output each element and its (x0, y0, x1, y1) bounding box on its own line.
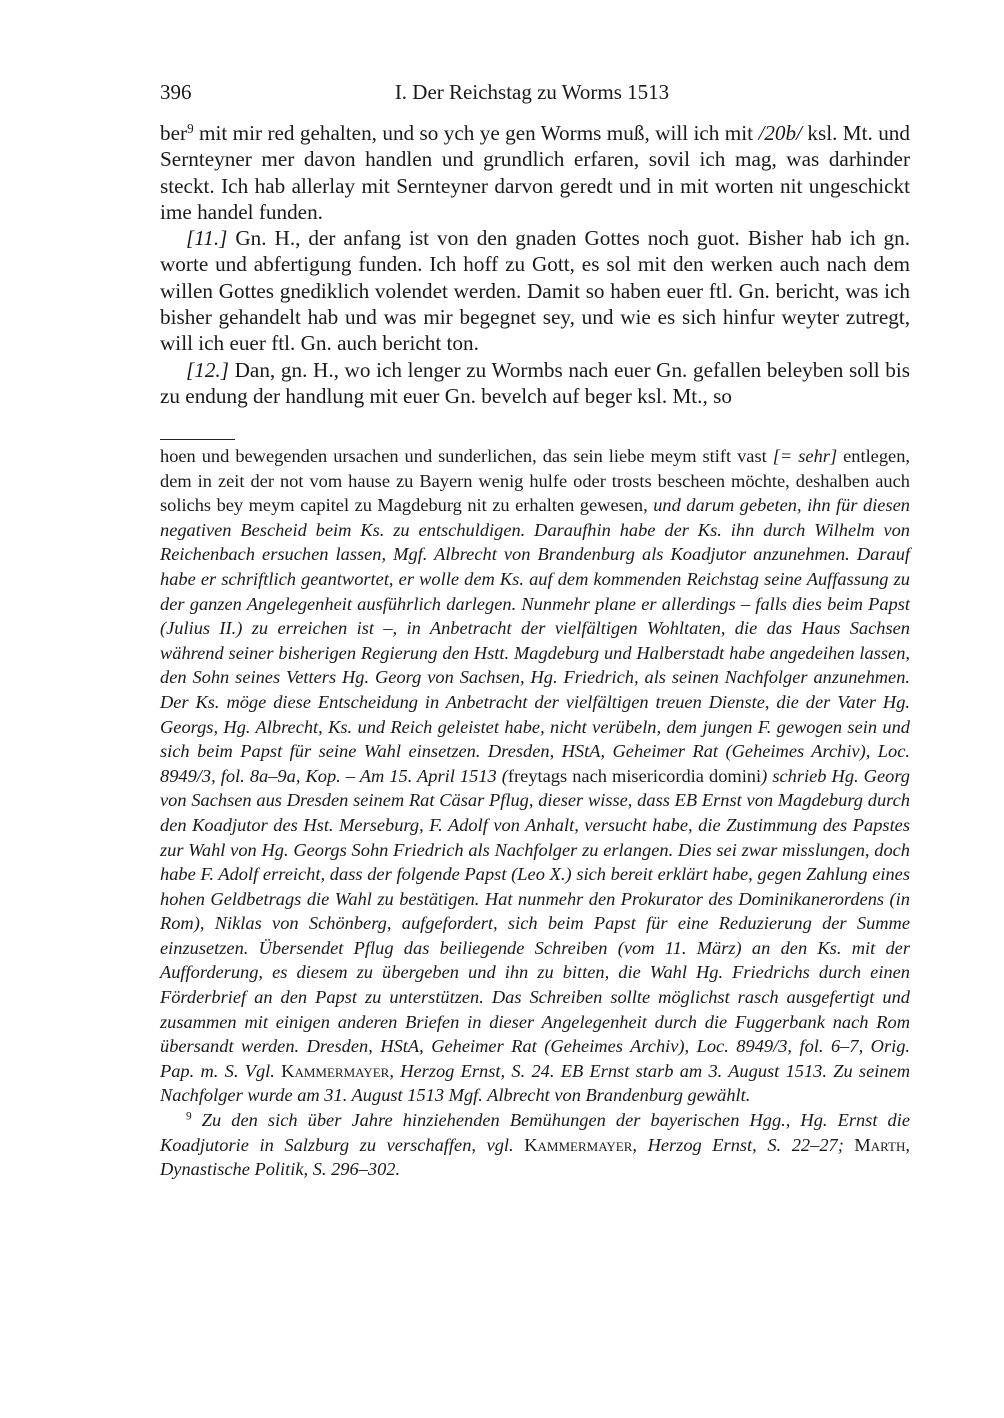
paragraph-10-continued: ber9 mit mir red gehalten, und so ych ye… (160, 120, 910, 225)
text: hoen und bewegenden ursachen und sunderl… (160, 446, 773, 466)
text: ber (160, 121, 187, 145)
author-name: Kammermayer (281, 1061, 389, 1081)
text: mit mir red gehalten, und so ych ye gen … (194, 121, 759, 145)
footnotes: hoen und bewegenden ursachen und sunderl… (160, 444, 910, 1182)
text: ) schrieb Hg. Georg von Sachsen aus Dres… (160, 766, 910, 1081)
footnote-8-continued: hoen und bewegenden ursachen und sunderl… (160, 444, 910, 1108)
paragraph-12: [12.] Dan, gn. H., wo ich lenger zu Worm… (160, 357, 910, 410)
text: Gn. H., der anfang ist von den gnaden Go… (160, 226, 910, 355)
footnote-separator (160, 439, 235, 440)
text: , Herzog Ernst, S. 22–27; (632, 1135, 854, 1155)
paragraph-11: [11.] Gn. H., der anfang ist von den gna… (160, 225, 910, 356)
footnote-9: 9 Zu den sich über Jahre hinziehenden Be… (160, 1108, 910, 1182)
main-text: ber9 mit mir red gehalten, und so ych ye… (160, 120, 910, 409)
editorial-gloss: [= sehr] (773, 446, 837, 466)
author-name: Marth (854, 1135, 905, 1155)
running-head: I. Der Reichstag zu Worms 1513 (0, 80, 1004, 105)
text: , und darum gebeten, ihn für diesen nega… (160, 495, 910, 786)
text: Dan, gn. H., wo ich lenger zu Wormbs nac… (160, 358, 910, 408)
folio-marker: /20b/ (758, 121, 802, 145)
author-name: Kammermayer (524, 1135, 632, 1155)
paragraph-number: [11.] (186, 226, 227, 250)
quoted-date: freytags nach misericordia domini (508, 766, 761, 786)
paragraph-number: [12.] (186, 358, 229, 382)
